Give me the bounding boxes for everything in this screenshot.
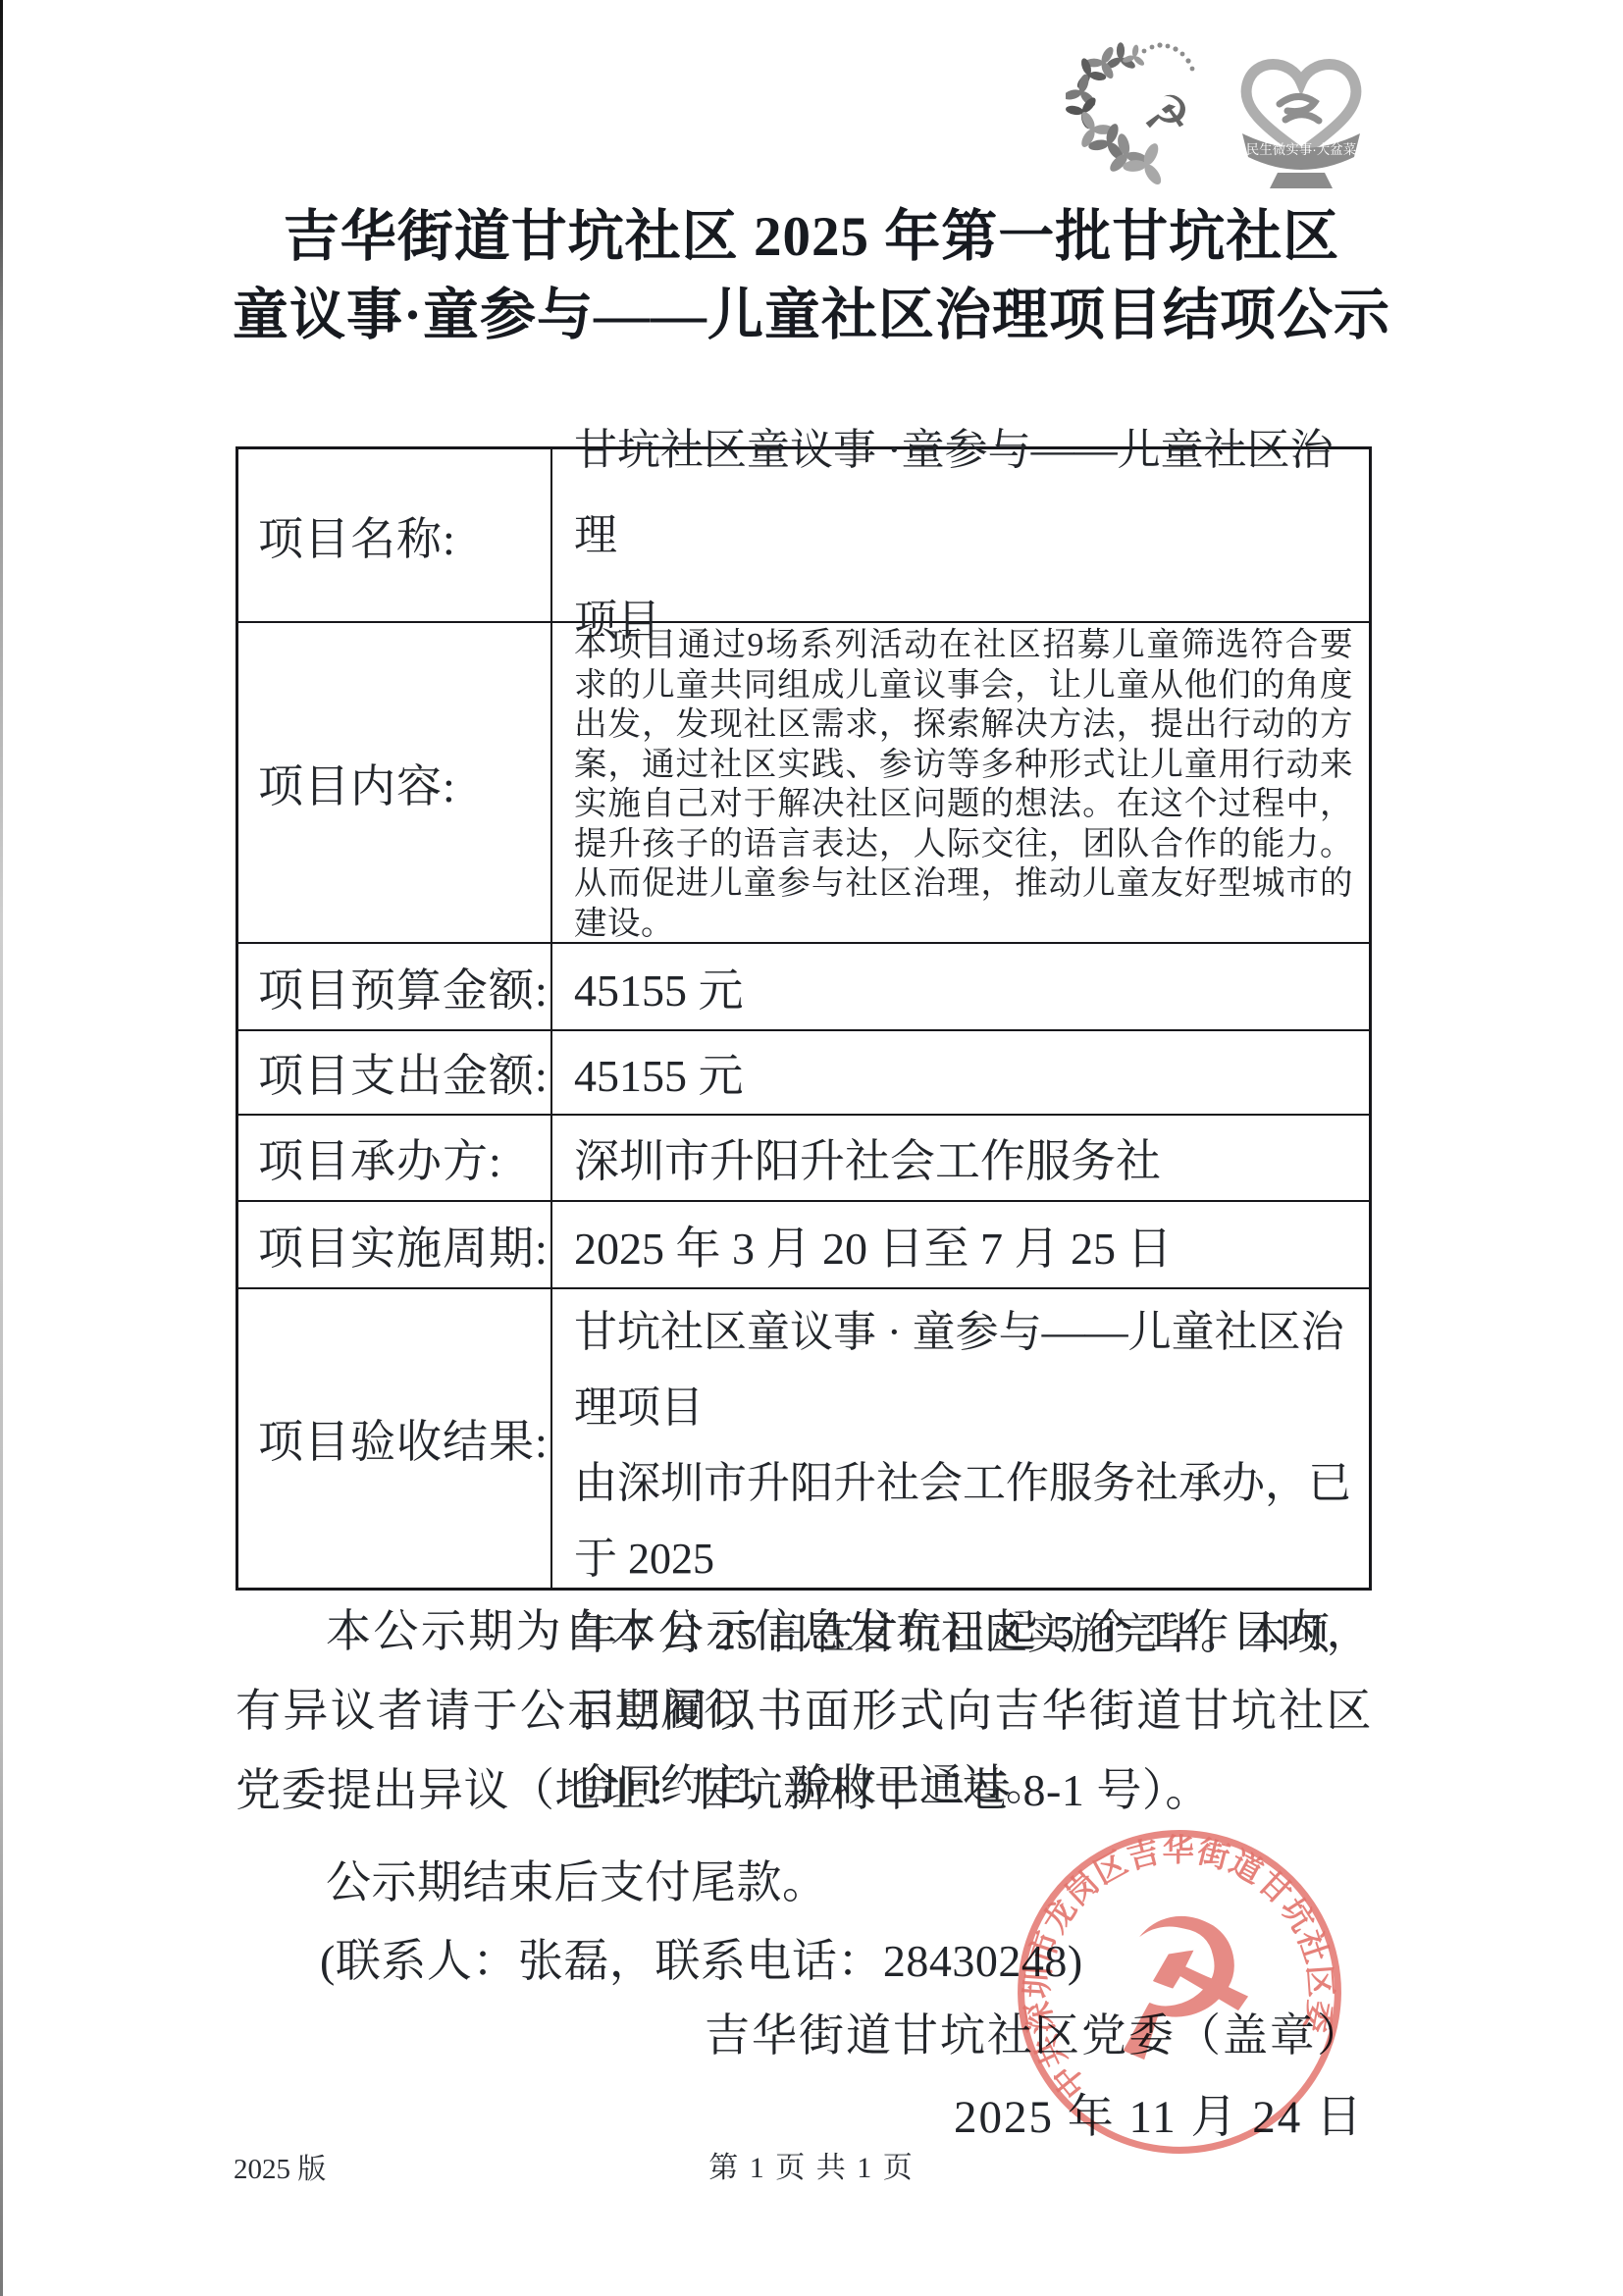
table-row-project-content: 项目内容: 本项目通过9场系列活动在社区招募儿童筛选符合要求的儿童共同组成儿童议… [238,623,1369,944]
bowl-foot [1270,173,1333,188]
minsheng-logo-label: 民生微实事·大盆菜 [1246,141,1357,157]
table-row-acceptance-result: 项目验收结果: 甘坑社区童议事 · 童参与——儿童社区治理项目 由深圳市升阳升社… [238,1289,1369,1588]
row-value: 甘坑社区童议事 ·童参与——儿童社区治理 项目 [552,449,1369,621]
row-label: 项目预算金额: [238,944,552,1029]
table-row-period: 项目实施周期: 2025 年 3 月 20 日至 7 月 25 日 [238,1202,1369,1289]
party-heart-wreath-logo: ☭ [1066,37,1215,192]
row-value: 45155 元 [552,1031,1369,1114]
row-value: 甘坑社区童议事 · 童参与——儿童社区治理项目 由深圳市升阳升社会工作服务社承办… [552,1289,1369,1588]
row-label: 项目承办方: [238,1116,552,1200]
table-row-budget: 项目预算金额: 45155 元 [238,944,1369,1031]
row-value: 深圳市升阳升社会工作服务社 [552,1116,1369,1200]
row-label: 项目实施周期: [238,1202,552,1287]
footer-page-number: 第 1 页 共 1 页 [0,2143,1623,2186]
minsheng-heart-bowl-logo: 民生微实事·大盆菜 [1229,43,1374,202]
vine-dots [1142,42,1195,71]
row-label: 项目支出金额: [238,1031,552,1114]
row-value: 45155 元 [552,944,1369,1029]
swirl-icon [1280,96,1319,121]
hammer-sickle-icon: ☭ [1138,82,1196,148]
project-info-table: 项目名称: 甘坑社区童议事 ·童参与——儿童社区治理 项目 项目内容: 本项目通… [236,446,1372,1591]
scanned-notice-page: ☭ 民生微实事·大盆菜 吉华街道甘坑社区 2025 年第一批甘坑社区 童议事·童… [0,0,1623,2296]
row-label: 项目名称: [238,449,552,621]
table-row-expenditure: 项目支出金额: 45155 元 [238,1031,1369,1116]
official-red-seal: 中共深圳市龙岗区吉华街道甘坑社区委员会 ☭ [977,1790,1383,2195]
notice-period-paragraph: 本公示期为自本公示信息发布日起 5 个工作日内，有异议者请于公示期间以书面形式向… [236,1592,1372,1830]
row-value: 本项目通过9场系列活动在社区招募儿童筛选符合要求的儿童共同组成儿童议事会，让儿童… [552,623,1369,942]
row-label: 项目验收结果: [238,1289,552,1588]
table-row-undertaker: 项目承办方: 深圳市升阳升社会工作服务社 [238,1116,1369,1202]
table-row-project-name: 项目名称: 甘坑社区童议事 ·童参与——儿童社区治理 项目 [238,449,1369,623]
title-line-1: 吉华街道甘坑社区 2025 年第一批甘坑社区 [59,198,1564,277]
seal-hammer-sickle-icon: ☭ [1077,1874,1280,2106]
title-line-2: 童议事·童参与——儿童社区治理项目结项公示 [59,277,1564,355]
row-label: 项目内容: [238,623,552,942]
row-value: 2025 年 3 月 20 日至 7 月 25 日 [552,1202,1369,1287]
scan-edge-artifact [0,0,3,2296]
page-title: 吉华街道甘坑社区 2025 年第一批甘坑社区 童议事·童参与——儿童社区治理项目… [59,198,1564,355]
